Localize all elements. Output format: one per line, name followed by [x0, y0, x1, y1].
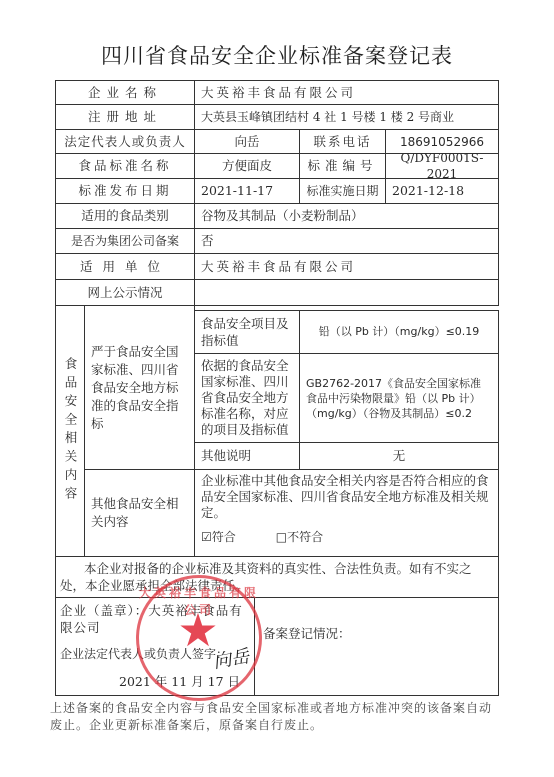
- online-publicity-value: [194, 279, 499, 306]
- compliance-options: ☑符合 □不符合: [201, 529, 492, 545]
- compliant-checkbox[interactable]: ☑符合: [201, 529, 236, 545]
- registered-address-label: 注册地址: [55, 104, 195, 130]
- safety-item-value: 铅（以 Pb 计）（mg/kg）≤0.19: [299, 310, 499, 354]
- food-category-value: 谷物及其制品（小麦粉制品）: [194, 203, 499, 229]
- noncompliant-checkbox[interactable]: □不符合: [276, 529, 323, 545]
- legal-rep-label: 法定代表人或负责人: [55, 129, 195, 154]
- online-publicity-label: 网上公示情况: [55, 279, 195, 306]
- declaration: 本企业对报备的企业标准及其资料的真实性、合法性负责。如有不实之处，本企业愿承担全…: [55, 556, 499, 598]
- other-safety-text: 企业标准中其他食品安全相关内容是否符合相应的食品安全国家标准、四川省食品安全地方…: [201, 473, 492, 521]
- basis-standard-label: 依据的食品安全国家标准、四川省食品安全地方标准名称，对应的项目及指标值: [194, 353, 300, 443]
- standard-name-label: 食品标准名称: [55, 153, 195, 179]
- page-title: 四川省食品安全企业标准备案登记表: [0, 40, 554, 70]
- other-notes-label: 其他说明: [194, 442, 300, 470]
- applicable-unit-value: 大英裕丰食品有限公司: [194, 253, 499, 280]
- standard-number-label: 标准编号: [299, 153, 386, 179]
- contact-phone-label: 联系电话: [299, 129, 386, 154]
- registered-address-value: 大英县玉峰镇团结村 4 社 1 号楼 1 楼 2 号商业: [194, 104, 499, 130]
- release-date-value: 2021-11-17: [194, 178, 300, 204]
- signoff-date: 2021 年 11 月 17 日: [60, 673, 250, 690]
- other-safety-content: 企业标准中其他食品安全相关内容是否符合相应的食品安全国家标准、四川省食品安全地方…: [194, 469, 499, 557]
- safety-item-label: 食品安全项目及指标值: [194, 310, 300, 354]
- footnote: 上述备案的食品安全内容与食品安全国家标准或者地方标准冲突的该备案自动废止。企业更…: [50, 700, 500, 734]
- group-filing-label: 是否为集团公司备案: [55, 228, 195, 254]
- filing-status-cell: 备案登记情况：: [254, 597, 499, 696]
- basis-standard-value: GB2762-2017《食品安全国家标准 食品中污染物限量》铅（以 Pb 计）（…: [299, 353, 499, 443]
- standard-number-value: Q/DYF0001S-2021: [385, 153, 499, 179]
- company-name-value: 大英裕丰食品有限公司: [194, 80, 499, 105]
- stricter-indicators-label: 严于食品安全国家标准、四川省食品安全地方标准的食品安全指标: [84, 305, 195, 470]
- safety-section-text: 食品安全相关内容: [62, 357, 78, 505]
- other-notes-value: 无: [299, 442, 499, 470]
- other-safety-label: 其他食品安全相关内容: [84, 469, 195, 557]
- group-filing-value: 否: [194, 228, 499, 254]
- food-category-label: 适用的食品类别: [55, 203, 195, 229]
- filing-status-label: 备案登记情况：: [263, 626, 351, 641]
- standard-name-value: 方便面皮: [194, 153, 300, 179]
- impl-date-value: 2021-12-18: [385, 178, 499, 204]
- company-name-label: 企业名称: [55, 80, 195, 105]
- impl-date-label: 标准实施日期: [299, 178, 386, 204]
- applicable-unit-label: 适用单位: [55, 253, 195, 280]
- company-stamp-line: 企业（盖章）：大英裕丰食品有限公司: [60, 602, 250, 636]
- safety-section-label: 食品安全相关内容: [55, 305, 85, 557]
- release-date-label: 标准发布日期: [55, 178, 195, 204]
- legal-rep-value: 向岳: [194, 129, 300, 154]
